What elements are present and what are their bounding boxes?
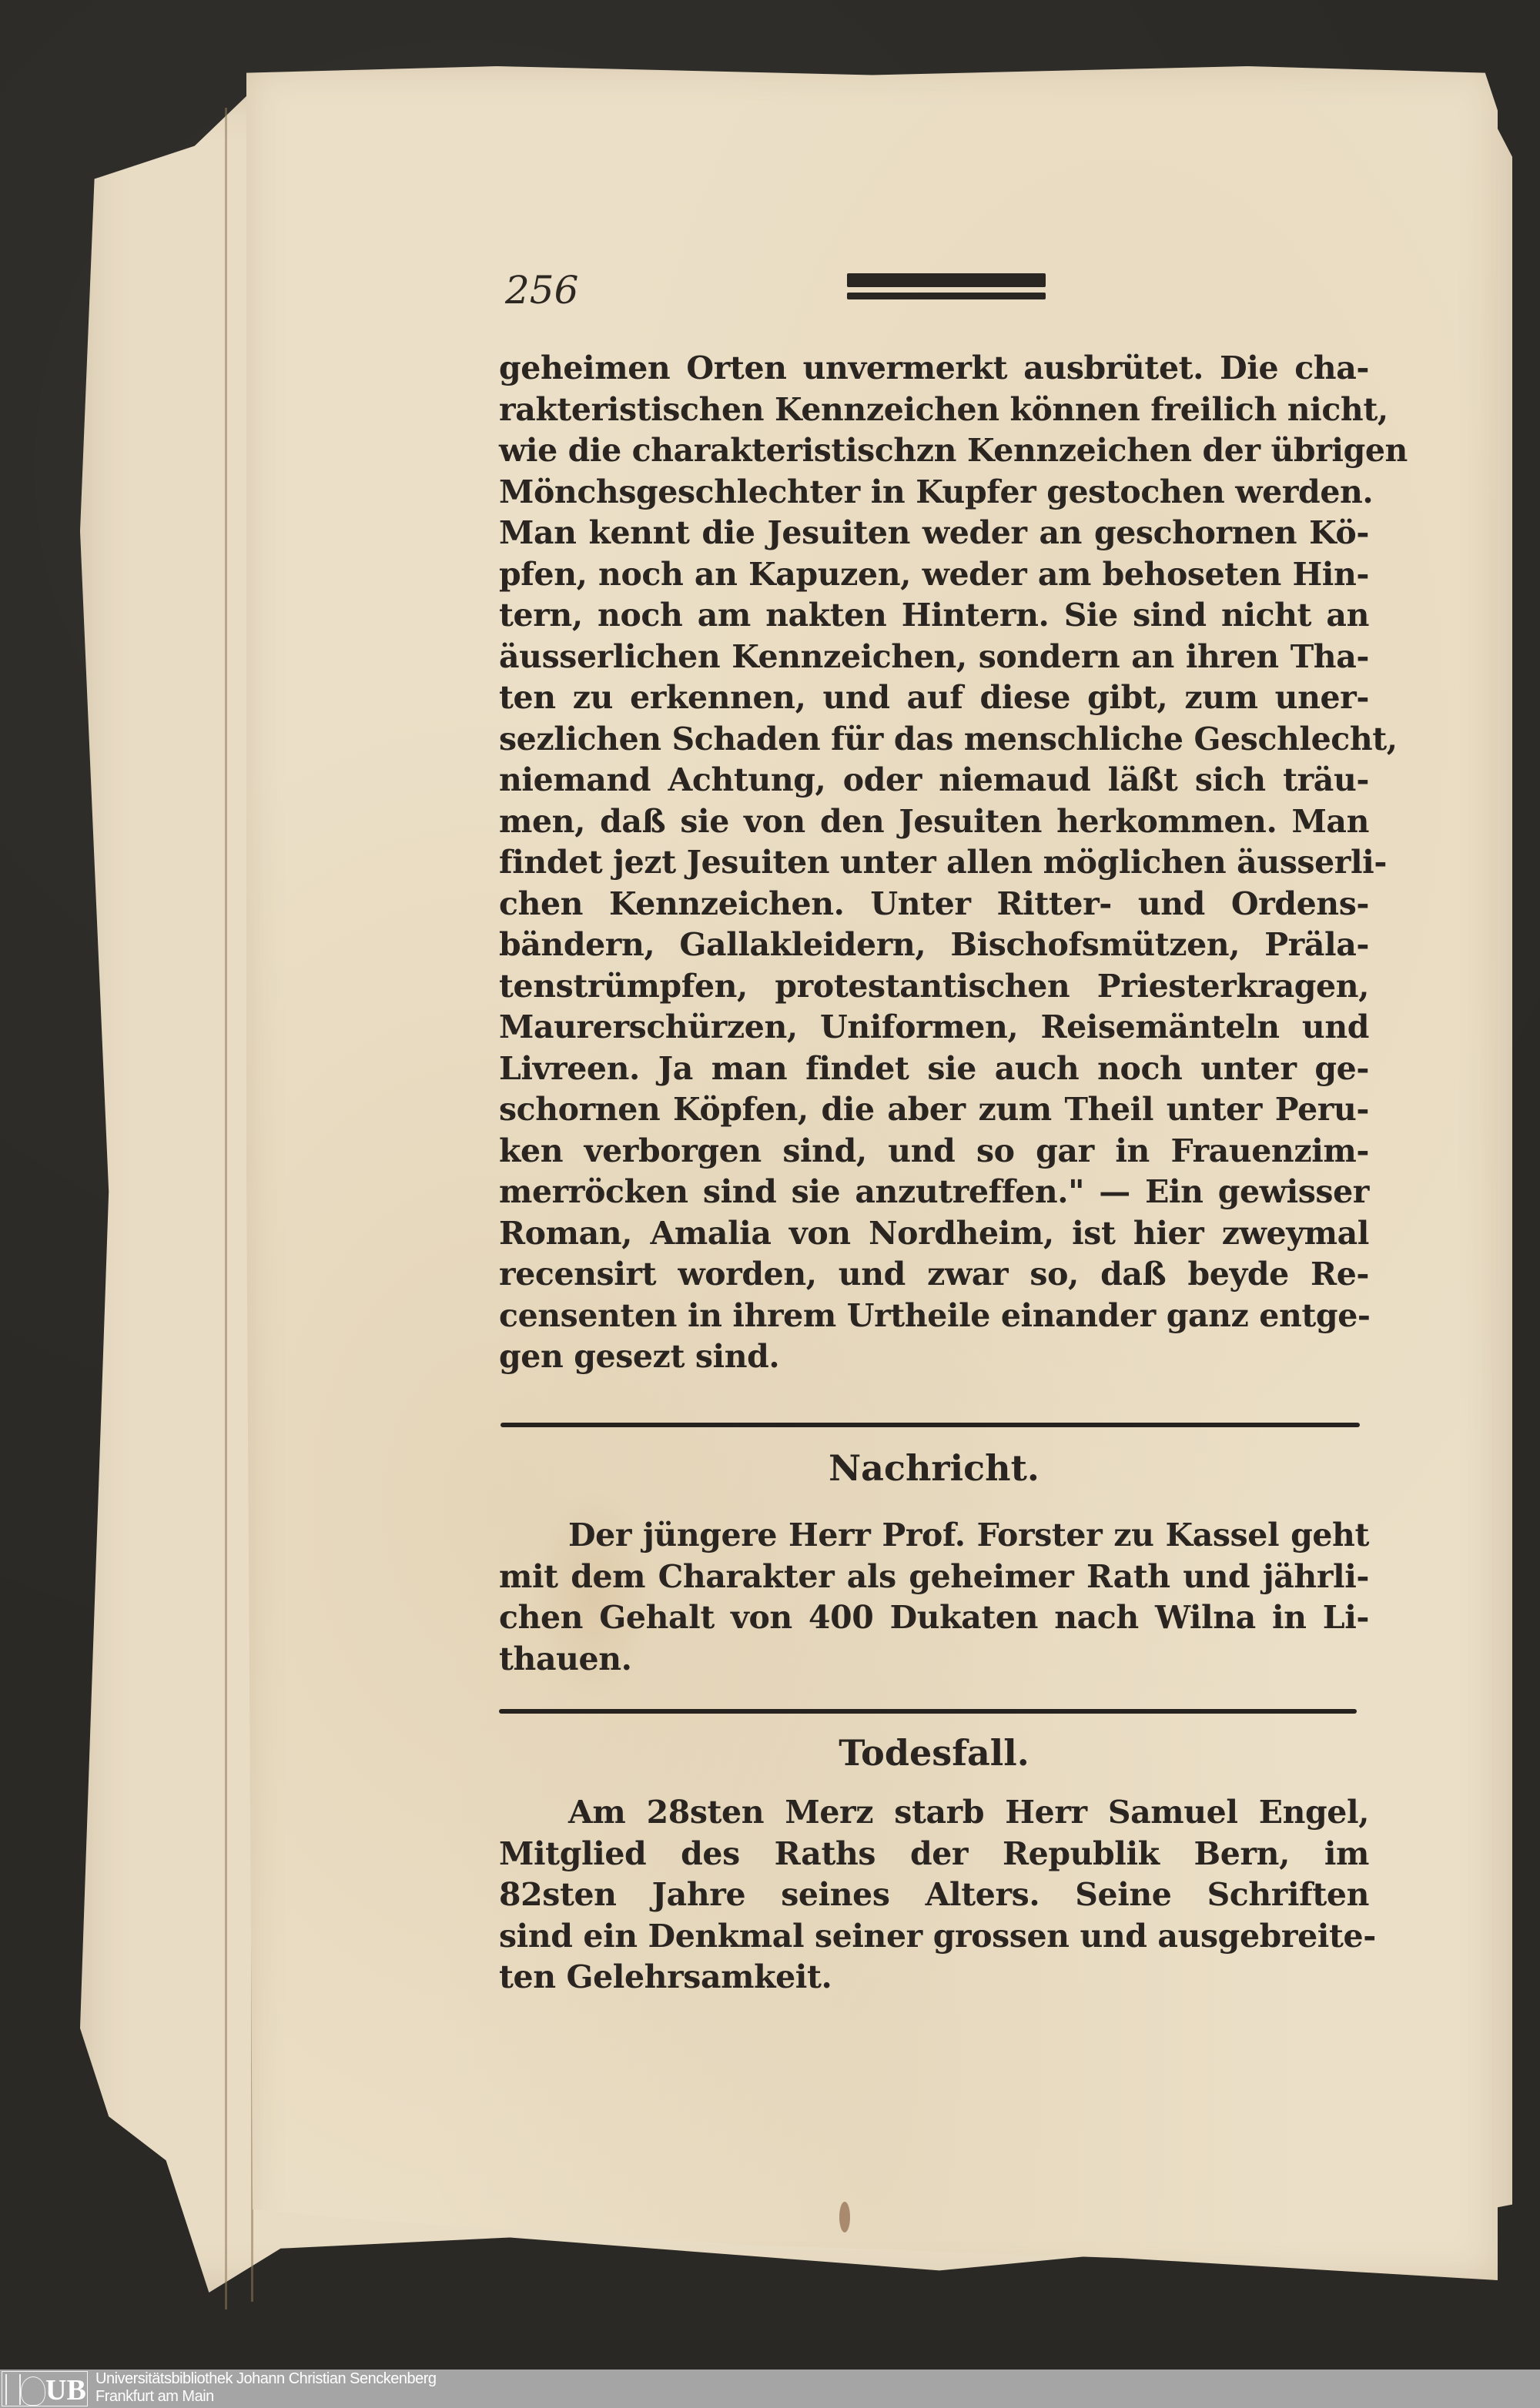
text-line: Der jüngere Herr Prof. Forster zu Kassel…: [499, 1515, 1369, 1557]
institution-name: Universitätsbibliothek Johann Christian …: [95, 2370, 437, 2388]
main-text: geheimen Orten unvermerkt ausbrütet. Die…: [499, 348, 1369, 1378]
text-line: sind ein Denkmal seiner grossen und ausg…: [499, 1916, 1369, 1958]
text-line: ten Gelehrsamkeit.: [499, 1957, 1369, 1998]
text-line: censenten in ihrem Urtheile einander gan…: [499, 1296, 1369, 1337]
text-line: pfen, noch an Kapuzen, weder am behosete…: [499, 554, 1369, 596]
text-line: 82sten Jahre seines Alters. Seine Schrif…: [499, 1875, 1369, 1916]
book-spines-icon: [5, 2374, 21, 2405]
text-line: schornen Köpfen, die aber zum Theil unte…: [499, 1089, 1369, 1131]
text-line: Roman, Amalia von Nordheim, ist hier zwe…: [499, 1213, 1369, 1255]
section-heading-todesfall: Todesfall.: [499, 1732, 1369, 1774]
text-line: sezlichen Schaden für das menschliche Ge…: [499, 719, 1369, 761]
text-line: findet jezt Jesuiten unter allen möglich…: [499, 842, 1369, 884]
fold-line: [225, 108, 227, 2309]
text-line: wie die charakteristischzn Kennzeichen d…: [499, 430, 1369, 472]
text-line: merröcken sind sie anzutreffen." — Ein g…: [499, 1172, 1369, 1213]
text-line: chen Gehalt von 400 Dukaten nach Wilna i…: [499, 1597, 1369, 1639]
header-ornament: [847, 273, 1046, 301]
text-line: Mitglied des Raths der Republik Bern, im: [499, 1834, 1369, 1875]
section-divider: [500, 1423, 1360, 1427]
text-line: thauen.: [499, 1639, 1369, 1681]
text-line: chen Kennzeichen. Unter Ritter- und Orde…: [499, 884, 1369, 925]
text-line: Livreen. Ja man findet sie auch noch unt…: [499, 1048, 1369, 1090]
section-text-todesfall: Am 28sten Merz starb Herr Samuel Engel, …: [499, 1792, 1369, 1998]
section-text-nachricht: Der jüngere Herr Prof. Forster zu Kassel…: [499, 1515, 1369, 1680]
text-line: ten zu erkennen, und auf diese gibt, zum…: [499, 677, 1369, 719]
text-line: ken verborgen sind, und so gar in Frauen…: [499, 1131, 1369, 1172]
text-line: tenstrümpfen, protestantischen Priesterk…: [499, 966, 1369, 1008]
text-line: geheimen Orten unvermerkt ausbrütet. Die…: [499, 348, 1369, 390]
text-line: Maurerschürzen, Uniformen, Reisemänteln …: [499, 1007, 1369, 1048]
text-line: Am 28sten Merz starb Herr Samuel Engel,: [499, 1792, 1369, 1834]
portrait-icon: [21, 2376, 45, 2406]
text-line: gen gesezt sind.: [499, 1336, 1369, 1378]
text-line: Mönchsgeschlechter in Kupfer gestochen w…: [499, 472, 1369, 513]
text-line: recensirt worden, und zwar so, daß beyde…: [499, 1254, 1369, 1296]
text-line: Man kennt die Jesuiten weder an geschorn…: [499, 513, 1369, 554]
text-line: niemand Achtung, oder niemaud läßt sich …: [499, 760, 1369, 801]
text-line: äusserlichen Kennzeichen, sondern an ihr…: [499, 637, 1369, 678]
text-line: rakteristischen Kennzeichen können freil…: [499, 390, 1369, 431]
page-number: 256: [505, 268, 578, 313]
library-logo: UB: [2, 2371, 88, 2406]
paper-spot: [839, 2202, 850, 2232]
section-heading-nachricht: Nachricht.: [499, 1447, 1369, 1489]
footer-credit: Universitätsbibliothek Johann Christian …: [95, 2370, 437, 2406]
institution-location: Frankfurt am Main: [95, 2388, 437, 2406]
text-line: bändern, Gallakleidern, Bischofsmützen, …: [499, 925, 1369, 966]
text-line: tern, noch am nakten Hintern. Sie sind n…: [499, 595, 1369, 637]
text-line: men, daß sie von den Jesuiten herkommen.…: [499, 801, 1369, 843]
section-divider: [499, 1709, 1357, 1714]
text-line: mit dem Charakter als geheimer Rath und …: [499, 1557, 1369, 1598]
logo-text: UB: [45, 2375, 86, 2406]
